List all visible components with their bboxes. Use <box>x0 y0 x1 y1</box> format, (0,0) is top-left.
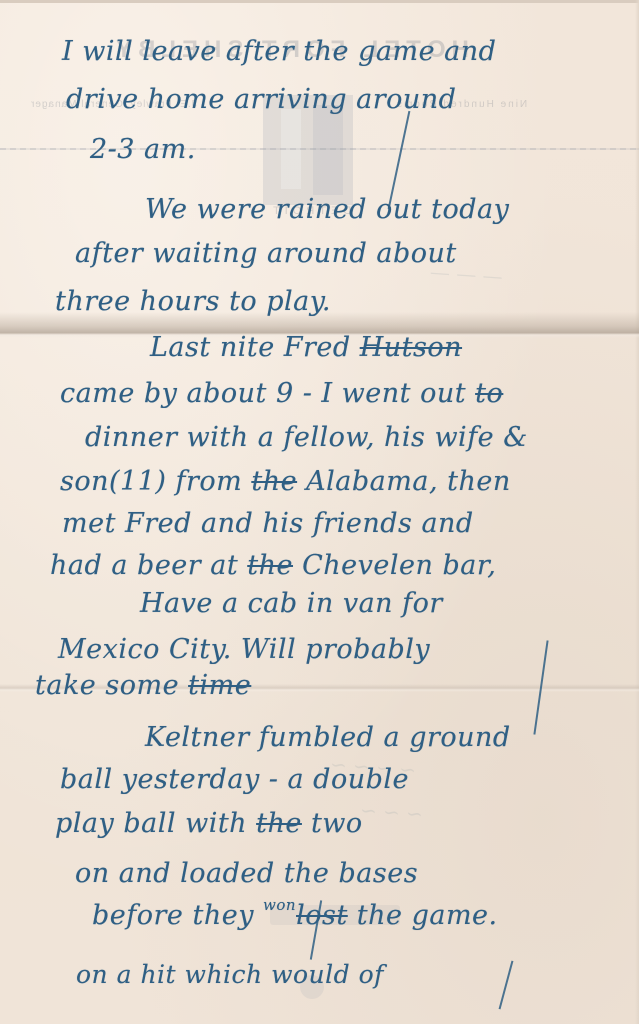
letter-line: I will leave after the game and <box>62 38 496 65</box>
back-ink-ghost: ~ ~ ~ <box>359 798 424 826</box>
letter-line: Have a cab in van for <box>140 590 443 617</box>
letter-line: Keltner fumbled a ground <box>145 724 511 751</box>
inserted-word: won <box>263 896 296 914</box>
struck-word: time <box>188 670 251 701</box>
struck-word: to <box>475 378 503 409</box>
paper-top-edge <box>0 0 639 3</box>
struck-word: the <box>247 550 293 581</box>
struck-word: Hutson <box>360 332 462 363</box>
letter-line: met Fred and his friends and <box>62 510 474 537</box>
letter-line: take some time <box>35 672 251 699</box>
letter-page: HOTEL FORT SHELBY Nine Hundred Rooms J.E… <box>0 0 639 1024</box>
letter-line: on a hit which would of <box>76 962 384 987</box>
letter-line: after waiting around about <box>75 240 457 267</box>
letter-line: Mexico City. Will probably <box>58 636 430 663</box>
letter-line: son(11) from the Alabama, then <box>60 468 511 495</box>
paper-right-edge <box>635 0 639 1024</box>
letter-line: on and loaded the bases <box>75 860 418 887</box>
struck-word: the <box>251 466 297 497</box>
ink-stroke <box>499 961 514 1010</box>
struck-word: the <box>256 808 302 839</box>
struck-word: lost <box>296 900 348 931</box>
letter-line: 2-3 am. <box>90 136 196 163</box>
letter-line: drive home arriving around <box>66 86 456 113</box>
letter-line: dinner with a fellow, his wife & <box>85 424 528 451</box>
letter-line: Last nite Fred Hutson <box>150 334 462 361</box>
letter-line: before they wonlost the game. <box>92 902 498 929</box>
letter-line: three hours to play. <box>55 288 331 315</box>
letter-line: came by about 9 - I went out to <box>60 380 503 407</box>
letter-line: ball yesterday - a double <box>60 766 409 793</box>
letter-line: had a beer at the Chevelen bar, <box>50 552 496 579</box>
letter-line: play ball with the two <box>55 810 363 837</box>
letter-line: We were rained out today <box>145 196 509 223</box>
